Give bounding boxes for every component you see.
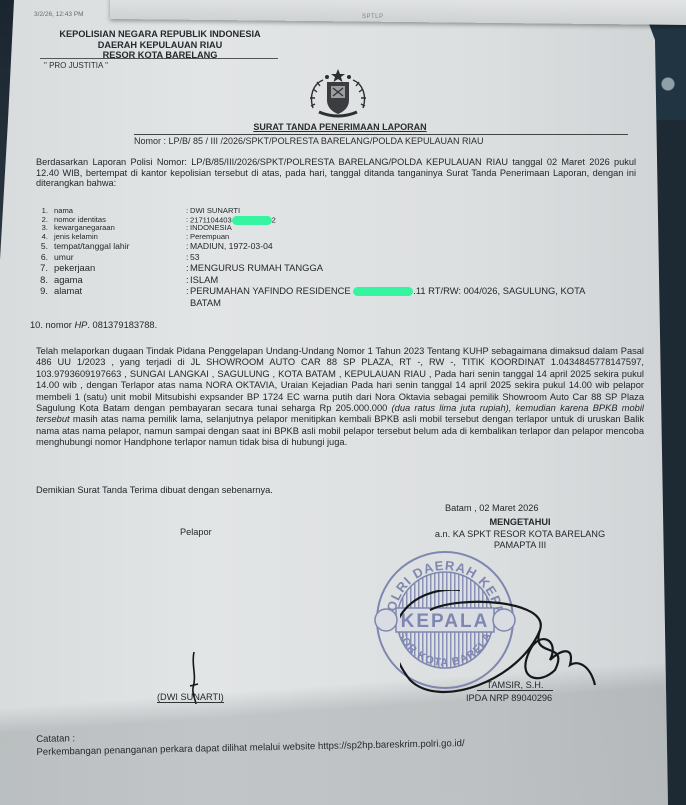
field-row-age: 6. umur : 53 <box>30 252 650 263</box>
on-behalf-label: a.n. KA SPKT RESOR KOTA BARELANG <box>400 529 640 541</box>
field-row-name: 1. nama : DWI SUNARTI <box>30 207 650 216</box>
field-value: PERUMAHAN YAFINDO RESIDENCE <box>190 285 351 296</box>
field-row-address: 9. alamat : PERUMAHAN YAFINDO RESIDENCE … <box>30 285 650 308</box>
acknowledged-label: MENGETAHUI <box>400 517 640 529</box>
field-value: ISLAM <box>190 274 650 286</box>
field-value: Perempuan <box>190 233 650 242</box>
field-row-id-number: 2. nomor identitas : 21711044032 <box>30 216 650 225</box>
reporter-identity-list: 1. nama : DWI SUNARTI 2. nomor identitas… <box>30 207 650 309</box>
field-value: MENGURUS RUMAH TANGGA <box>190 262 650 274</box>
official-name: TAMSIR, S.H. <box>477 680 553 691</box>
field-row-occupation: 7. pekerjaan : MENGURUS RUMAH TANGGA <box>30 262 650 274</box>
closing-statement: Demikian Surat Tanda Terima dibuat denga… <box>36 485 273 496</box>
reporter-name: (DWI SUNARTI) <box>157 692 224 703</box>
sheet-behind-label: SPTLP <box>362 14 384 20</box>
redaction-mark <box>353 287 413 296</box>
phone-field: 10. nomor HP. 081379183788. <box>30 320 157 330</box>
field-value: 53 <box>190 252 650 263</box>
police-emblem-icon <box>305 68 371 120</box>
document-title: SURAT TANDA PENERIMAAN LAPORAN <box>240 122 440 132</box>
letterhead-line: KEPOLISIAN NEGARA REPUBLIK INDONESIA <box>40 29 280 40</box>
field-value: MADIUN, 1972-03-04 <box>190 241 650 252</box>
pro-justitia-label: " PRO JUSTITIA " <box>44 61 108 70</box>
field-value: INDONESIA <box>190 224 650 233</box>
place-date: Batam , 02 Maret 2026 <box>445 503 538 513</box>
field-value: DWI SUNARTI <box>190 207 650 216</box>
intro-paragraph: Berdasarkan Laporan Polisi Nomor: LP/B/8… <box>36 157 636 189</box>
reporter-label: Pelapor <box>180 527 212 537</box>
report-paragraph: Telah melaporkan dugaan Tindak Pidana Pe… <box>36 346 644 449</box>
official-nrp: IPDA NRP 89040296 <box>466 693 552 703</box>
letterhead-line: DAERAH KEPULAUAN RIAU <box>40 40 280 51</box>
document-number: Nomor : LP/B/ 85 / III /2026/SPKT/POLRES… <box>134 134 628 146</box>
field-row-citizenship: 3. kewarganegaraan : INDONESIA <box>30 224 650 233</box>
letterhead: KEPOLISIAN NEGARA REPUBLIK INDONESIA DAE… <box>40 29 280 61</box>
letterhead-rule <box>40 58 278 59</box>
phone-value: . 081379183788. <box>87 320 157 330</box>
field-row-religion: 8. agama : ISLAM <box>30 274 650 286</box>
field-row-birth: 5. tempat/tanggal lahir : MADIUN, 1972-0… <box>30 241 650 252</box>
field-row-gender: 4. jenis kelamin : Perempuan <box>30 233 650 242</box>
photo-timestamp: 3/2/26, 12:43 PM <box>34 11 84 18</box>
